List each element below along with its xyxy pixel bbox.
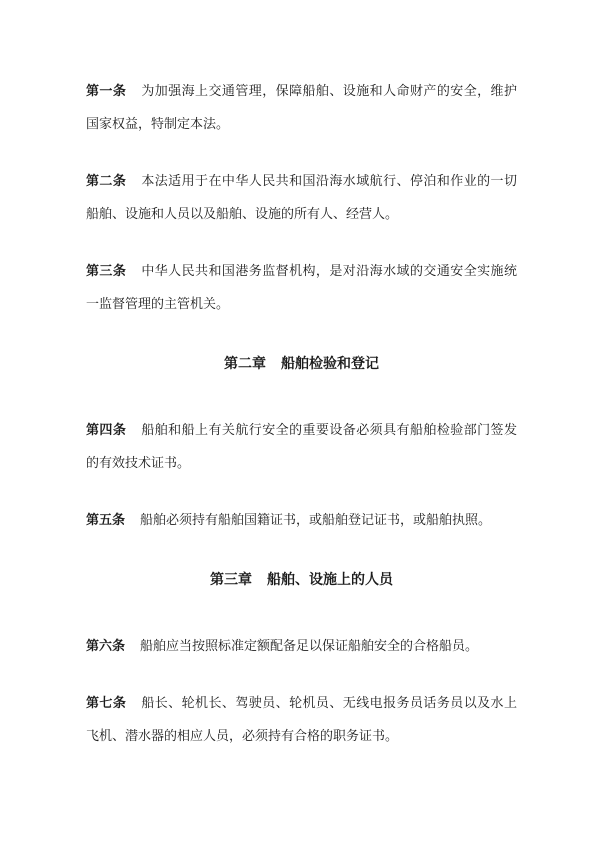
article-number-label: 第六条	[86, 638, 125, 653]
article-paragraph: 第七条船长、轮机长、驾驶员、轮机员、无线电报务员话务员以及水上飞机、潜水器的相应…	[86, 686, 517, 752]
article-paragraph: 第三条中华人民共和国港务监督机构，是对沿海水域的交通安全实施统一监督管理的主管机…	[86, 254, 517, 320]
article-text: 船长、轮机长、驾驶员、轮机员、无线电报务员话务员以及水上飞机、潜水器的相应人员，…	[86, 695, 517, 743]
article-text: 船舶和船上有关航行安全的重要设备必须具有船舶检验部门签发的有效技术证书。	[86, 422, 517, 470]
document-page: 第一条为加强海上交通管理，保障船舶、设施和人命财产的安全，维护国家权益，特制定本…	[0, 0, 595, 841]
chapter-heading: 第三章船舶、设施上的人员	[86, 564, 517, 597]
article-paragraph: 第一条为加强海上交通管理，保障船舶、设施和人命财产的安全，维护国家权益，特制定本…	[86, 74, 517, 140]
chapter-title: 船舶检验和登记	[281, 357, 379, 372]
article-text: 为加强海上交通管理，保障船舶、设施和人命财产的安全，维护国家权益，特制定本法。	[86, 83, 517, 131]
article-paragraph: 第二条本法适用于在中华人民共和国沿海水域航行、停泊和作业的一切船舶、设施和人员以…	[86, 164, 517, 230]
article-number-label: 第三条	[86, 263, 126, 278]
chapter-title: 船舶、设施上的人员	[267, 573, 393, 588]
article-number-label: 第七条	[86, 695, 126, 710]
article-number-label: 第五条	[86, 512, 125, 527]
article-paragraph: 第四条船舶和船上有关航行安全的重要设备必须具有船舶检验部门签发的有效技术证书。	[86, 413, 517, 479]
article-number-label: 第四条	[86, 422, 126, 437]
chapter-heading: 第二章船舶检验和登记	[86, 348, 517, 381]
article-paragraph: 第五条船舶必须持有船舶国籍证书，或船舶登记证书，或船舶执照。	[86, 503, 517, 536]
article-paragraph: 第六条船舶应当按照标准定额配备足以保证船舶安全的合格船员。	[86, 629, 517, 662]
chapter-number-label: 第二章	[224, 357, 266, 372]
document-body: 第一条为加强海上交通管理，保障船舶、设施和人命财产的安全，维护国家权益，特制定本…	[0, 0, 595, 752]
article-text: 船舶应当按照标准定额配备足以保证船舶安全的合格船员。	[140, 638, 478, 653]
article-text: 船舶必须持有船舶国籍证书，或船舶登记证书，或船舶执照。	[140, 512, 491, 527]
article-number-label: 第二条	[86, 173, 126, 188]
article-number-label: 第一条	[86, 83, 126, 98]
article-text: 本法适用于在中华人民共和国沿海水域航行、停泊和作业的一切船舶、设施和人员以及船舶…	[86, 173, 517, 221]
article-text: 中华人民共和国港务监督机构，是对沿海水域的交通安全实施统一监督管理的主管机关。	[86, 263, 517, 311]
chapter-number-label: 第三章	[210, 573, 252, 588]
